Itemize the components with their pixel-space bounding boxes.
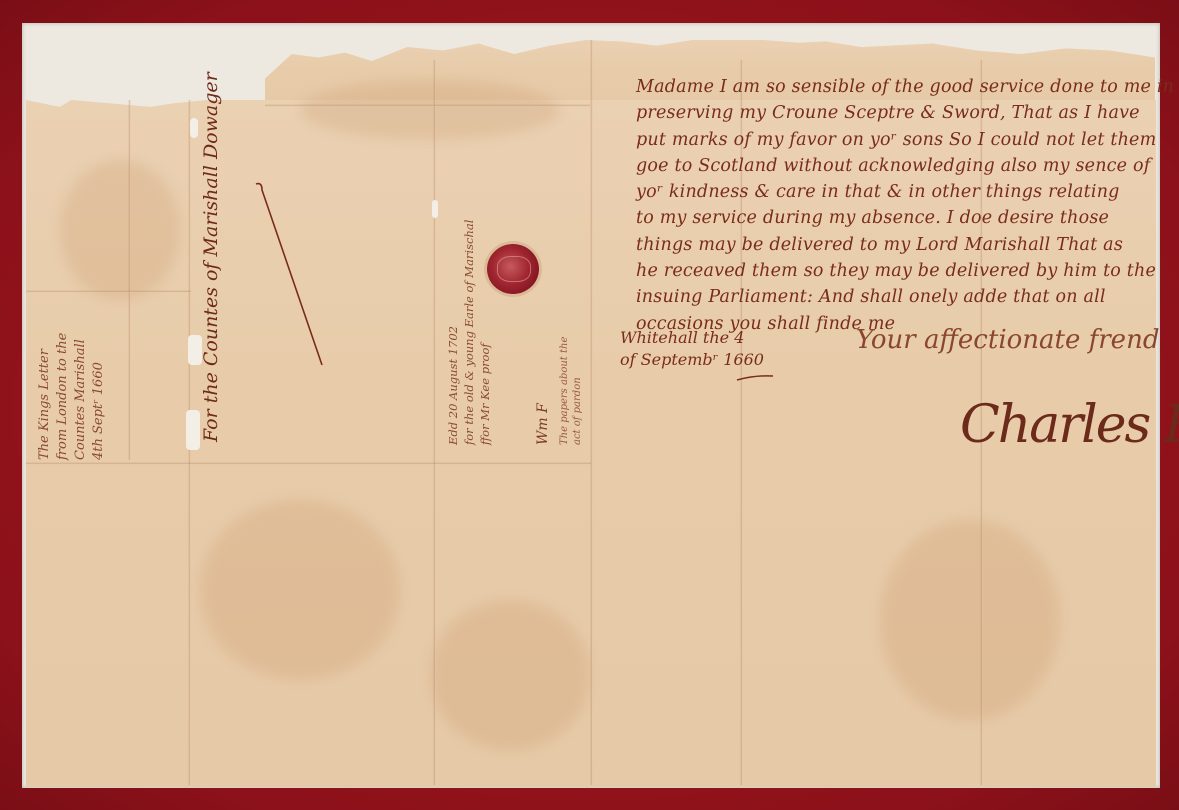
fold-line	[265, 104, 590, 107]
docket-line: The Kings Letter	[36, 333, 54, 460]
fold-line	[433, 60, 436, 785]
docket-line: from London to the	[54, 333, 72, 460]
paper-hole	[432, 200, 438, 218]
stain	[300, 80, 560, 140]
stain	[880, 520, 1060, 720]
paper-hole	[190, 118, 198, 138]
letter-body: Madame I am so sensible of the good serv…	[636, 74, 1146, 337]
docket-note: The Kings Letter from London to the Coun…	[36, 333, 108, 460]
endorsement-line: ffor Mr Kee proof	[477, 220, 493, 445]
docket-line: Countes Marishall	[72, 333, 90, 460]
letter-line: goe to Scotland without acknowledging al…	[636, 153, 1146, 179]
wax-seal	[487, 244, 539, 294]
endorsement-note-line: act of pardon	[571, 337, 584, 445]
endorsement-note-line: The papers about the	[558, 337, 571, 445]
dateline: Whitehall the 4 of Septembʳ 1660	[620, 327, 764, 371]
address-panel: For the Countes of Marishall Dowager	[200, 72, 222, 442]
fold-line	[26, 290, 191, 293]
letter-line: yoʳ kindness & care in that & in other t…	[636, 179, 1146, 205]
seal-impression	[497, 256, 531, 282]
letter-line: to my service during my absence. I doe d…	[636, 205, 1146, 231]
flourish-underline	[735, 373, 775, 383]
letter-line: preserving my Croune Sceptre & Sword, Th…	[636, 100, 1146, 126]
letter-line: put marks of my favor on yoʳ sons So I c…	[636, 127, 1146, 153]
endorsement-note-2: The papers about the act of pardon	[558, 337, 584, 445]
stain	[430, 600, 590, 750]
endorsement-line: for the old & young Earle of Marischal	[461, 220, 477, 445]
royal-signature: Charles R	[960, 395, 1179, 455]
stain	[200, 500, 400, 680]
paper-hole	[186, 410, 200, 450]
endorsement-note: Edd 20 August 1702 for the old & young E…	[445, 220, 493, 445]
dateline-date: of Septembʳ 1660	[620, 349, 764, 371]
docket-line: 4th Septʳ 1660	[90, 333, 108, 460]
closing-salutation: Your affectionate frend	[856, 325, 1159, 355]
letter-line: he receaved them so they may be delivere…	[636, 258, 1146, 284]
fold-line	[590, 40, 593, 785]
dateline-place: Whitehall the 4	[620, 327, 764, 349]
fold-line	[26, 462, 591, 465]
stain	[60, 160, 180, 300]
fold-line	[128, 100, 131, 460]
address-flourish	[250, 180, 330, 370]
letter-line: things may be delivered to my Lord Maris…	[636, 232, 1146, 258]
letter-line: insuing Parliament: And shall onely adde…	[636, 284, 1146, 310]
endorsement-line: Edd 20 August 1702	[445, 220, 461, 445]
endorsement-initials: Wm F	[535, 403, 551, 445]
letter-line: Madame I am so sensible of the good serv…	[636, 74, 1146, 100]
